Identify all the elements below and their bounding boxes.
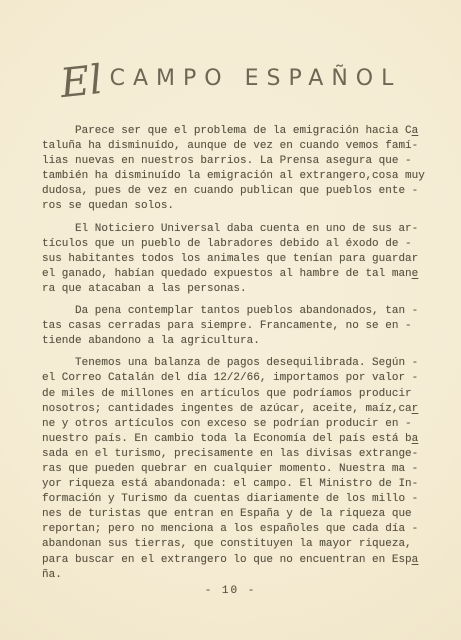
text-line: para buscar en el extrangero lo que no e… <box>42 553 442 568</box>
page-number: - 10 - <box>0 585 461 597</box>
text-line: nuestro país. En cambio toda la Economía… <box>42 432 442 447</box>
paragraph: Parece ser que el problema de la emigrac… <box>42 124 442 215</box>
underlined-syllable: r <box>412 403 419 415</box>
paragraph: Tenemos una balanza de pagos desequilibr… <box>42 356 442 582</box>
text-line: ne y otros artículos con exceso se podrí… <box>42 417 442 432</box>
text-line: nosotros; cantidades ingentes de azúcar,… <box>42 402 442 417</box>
text-line: de miles de millones en artículos que po… <box>42 387 442 402</box>
underlined-syllable: a <box>412 125 419 137</box>
text-line: sada en el turismo, precisamente en las … <box>42 447 442 462</box>
text-line: ra que atacaban a las personas. <box>42 282 442 297</box>
text-line: El Noticiero Universal daba cuenta en un… <box>42 222 442 237</box>
paragraph: El Noticiero Universal daba cuenta en un… <box>42 222 442 297</box>
text-line: abandonan sus tierras, que constituyen l… <box>42 537 442 552</box>
text-line: sus habitantes todos los animales que te… <box>42 252 442 267</box>
text-line: el ganado, habían quedado expuestos al h… <box>42 267 442 282</box>
text-line: ros se quedan solos. <box>42 199 442 214</box>
page-title: ElCAMPO ESPAÑOL <box>0 58 461 98</box>
text-line: taluña ha disminuído, aunque de vez en c… <box>42 139 442 154</box>
underlined-syllable: e <box>412 268 419 280</box>
text-line: Da pena contemplar tantos pueblos abando… <box>42 304 442 319</box>
text-line: ras que pueden quebrar en cualquier mome… <box>42 462 442 477</box>
text-line: tículos que un pueblo de labradores debi… <box>42 237 442 252</box>
title-script-word: El <box>58 60 104 104</box>
text-line: lias nuevas en nuestros barrios. La Pren… <box>42 154 442 169</box>
document-body: Parece ser que el problema de la emigrac… <box>42 124 442 583</box>
title-main-text: CAMPO ESPAÑOL <box>110 66 402 91</box>
text-line: nes de turistas que entran en España y d… <box>42 507 442 522</box>
underlined-syllable: a <box>412 433 419 445</box>
text-line: tas casas cerradas para siempre. Francam… <box>42 319 442 334</box>
text-line: Parece ser que el problema de la emigrac… <box>42 124 442 139</box>
text-line: tiende abandono a la agricultura. <box>42 334 442 349</box>
text-line: el Correo Catalán del día 12/2/66, impor… <box>42 371 442 386</box>
paragraph: Da pena contemplar tantos pueblos abando… <box>42 304 442 349</box>
text-line: reportan; pero no menciona a los español… <box>42 522 442 537</box>
text-line: ña. <box>42 568 442 583</box>
text-line: formación y Turismo da cuentas diariamen… <box>42 492 442 507</box>
text-line: yor riqueza está abandonada: el campo. E… <box>42 477 442 492</box>
text-line: dudosa, pues de vez en cuando publican q… <box>42 184 442 199</box>
document-page: ElCAMPO ESPAÑOL Parece ser que el proble… <box>0 0 461 640</box>
underlined-syllable: a <box>412 554 419 566</box>
text-line: también ha disminuído la emigración al e… <box>42 169 442 184</box>
text-line: Tenemos una balanza de pagos desequilibr… <box>42 356 442 371</box>
